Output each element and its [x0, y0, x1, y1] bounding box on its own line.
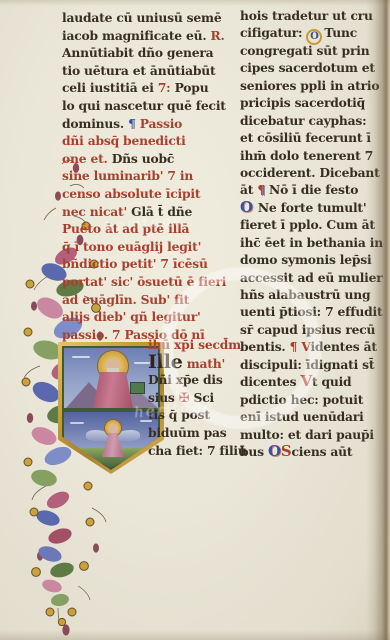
page-edge-top	[0, 0, 390, 6]
book-icon	[130, 382, 145, 394]
angel-head	[109, 424, 118, 434]
text-line: et cōsiliū fecerunt ī	[240, 129, 382, 146]
cloud	[70, 422, 84, 424]
left-text-column: laudate cū uniusū semēiacob magnificate …	[62, 9, 196, 343]
text-line: occiderent. Dicebant	[240, 164, 382, 181]
saint-scene	[64, 348, 158, 408]
text-line: dñi absq̄ benedicti	[62, 132, 196, 150]
text-line: iacob magnificate eū. R.	[62, 27, 196, 45]
text-line: celi iustitiā ei 7: Popu	[62, 79, 196, 97]
page-edge-right	[366, 0, 390, 640]
page-edge-bottom	[0, 630, 390, 640]
text-line: congregati sūt prin	[240, 42, 382, 59]
text-line: bus OSciens aūt	[240, 443, 382, 460]
text-line: q̄ ī tono euāglij legit'	[62, 238, 196, 256]
text-line: censo absolute īcipit	[62, 185, 196, 203]
text-line: bñdictio petit' 7 īcēsū	[62, 255, 196, 273]
text-line: sine luminarib' 7 in	[62, 167, 196, 185]
text-line: portat' sic' ōsuetū ē fieri	[62, 273, 196, 291]
text-line: pricipis sacerdotiq̄	[240, 94, 382, 111]
text-line: lo qui nascetur quē fecit	[62, 97, 196, 115]
text-line: tio uētura et ānūtiabūt	[62, 62, 196, 80]
text-line: Annūtiabit dño genera	[62, 44, 196, 62]
text-line: āt ¶ Nō ī die festo	[240, 181, 382, 198]
text-line: seniores ppli in atrio	[240, 77, 382, 94]
text-line: ihm̄ dolo tenerent 7	[240, 147, 382, 164]
text-line: cifigatur: OTunc	[240, 24, 382, 41]
cloud	[72, 356, 90, 358]
saint-robe	[93, 372, 133, 408]
text-line: cipes sacerdotum et	[240, 59, 382, 76]
text-line: dominus. ¶ Passio	[62, 115, 196, 133]
text-line: laudate cū uniusū semē	[62, 9, 196, 27]
text-line: domo symonis lep̄si	[240, 251, 382, 268]
text-line: hois tradetur ut cru	[240, 7, 382, 24]
text-line: fieret ī pplo. Cum āt	[240, 216, 382, 233]
manuscript-page: { "page": {"type": "illuminated-manuscri…	[0, 0, 390, 640]
text-line: ihc̄ ēet in bethania in	[240, 234, 382, 251]
text-line: dicebatur cayphas:	[240, 112, 382, 129]
text-line: cha fiet: 7 filiū	[148, 442, 250, 460]
text-line: multo: et dari paup̄i	[240, 426, 382, 443]
text-line: O Ne forte tumult'	[240, 199, 382, 216]
text-line: one et. Dñs uobc̄	[62, 150, 196, 168]
